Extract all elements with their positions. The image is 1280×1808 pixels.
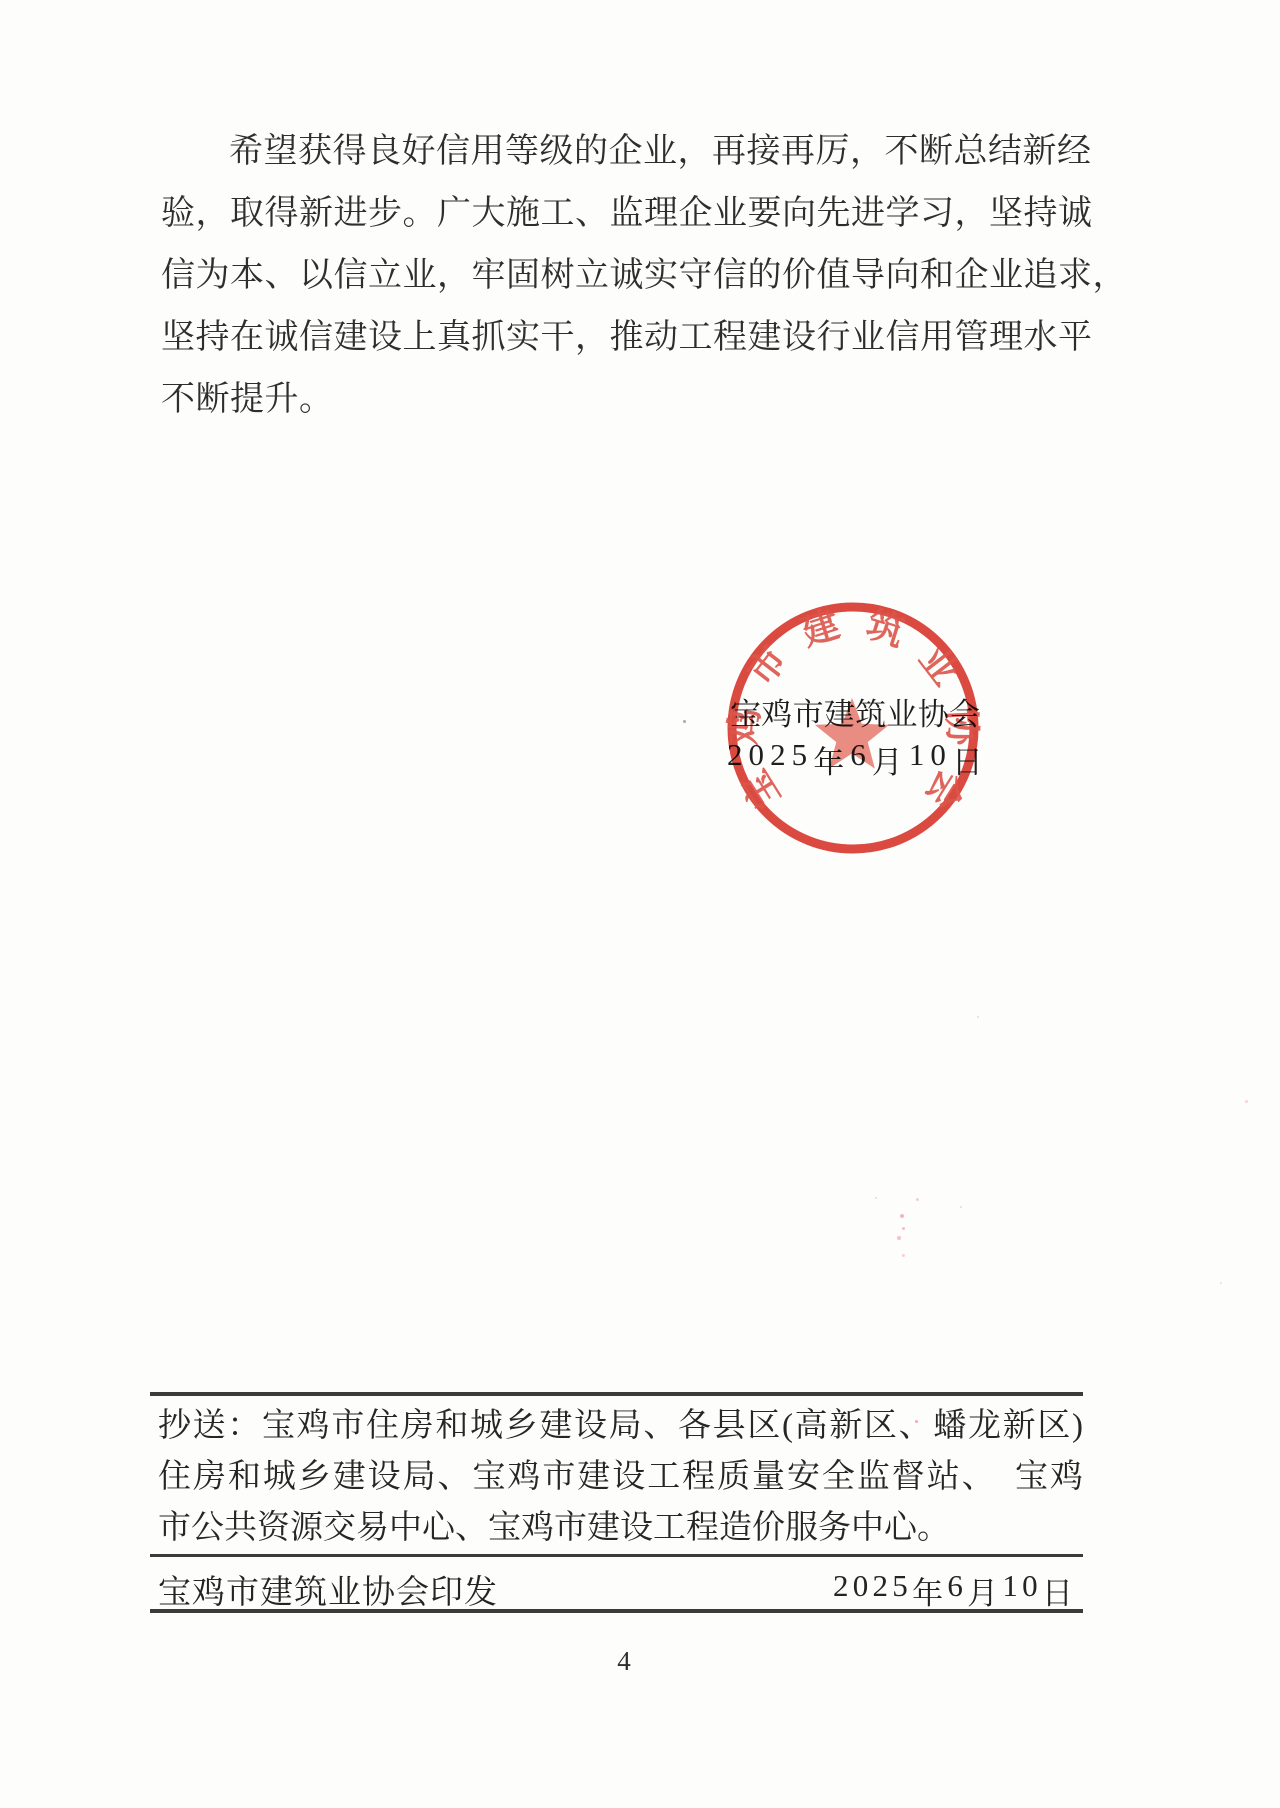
- ink-speck: [683, 720, 686, 723]
- char: 0: [853, 1568, 869, 1613]
- char: 月: [967, 1568, 998, 1613]
- footer-date: 2025年6月10日: [833, 1568, 1073, 1613]
- char: 6: [947, 1568, 963, 1613]
- seal-star-icon: [815, 698, 889, 769]
- divider-top: [150, 1392, 1083, 1396]
- ink-speck: [902, 1254, 905, 1257]
- page-number: 4: [600, 1646, 648, 1677]
- ink-speck: [915, 1420, 918, 1423]
- body-paragraph: 希望获得良好信用等级的企业，再接再厉，不断总结新经验，取得新进步。广大施工、监理…: [161, 121, 1073, 431]
- body-line: 不断提升。: [161, 369, 1073, 431]
- ink-speck: [897, 1236, 901, 1240]
- body-line: 坚持在诚信建设上真抓实干，推动工程建设行业信用管理水平: [161, 307, 1073, 369]
- ink-speck: [875, 1197, 877, 1199]
- ink-speck: [960, 1206, 962, 1208]
- ink-speck: [1245, 1100, 1248, 1103]
- ink-speck: [977, 1016, 979, 1018]
- body-line: 验，取得新进步。广大施工、监理企业要向先进学习，坚持诚: [161, 183, 1073, 245]
- body-line: 信为本、以信立业，牢固树立诚实守信的价值导向和企业追求，: [161, 245, 1073, 307]
- divider-middle: [150, 1554, 1083, 1557]
- char: 1: [1002, 1568, 1018, 1613]
- cc-line: 住房和城乡建设局、宝鸡市建设工程质量安全监督站、 宝鸡: [158, 1452, 1083, 1503]
- char: 年: [912, 1568, 943, 1613]
- ink-speck: [900, 1214, 904, 1218]
- char: 日: [1042, 1568, 1073, 1613]
- ink-speck: [916, 1198, 919, 1201]
- seal-char: 市: [740, 638, 796, 693]
- char: 2: [833, 1568, 849, 1613]
- ink-speck: [1220, 1282, 1222, 1284]
- seal-char: 协: [939, 707, 983, 748]
- seal-char: 业: [910, 639, 965, 693]
- cc-line: 抄送：宝鸡市住房和城乡建设局、各县区(高新区、蟠龙新区): [158, 1401, 1083, 1452]
- cc-block: 抄送：宝鸡市住房和城乡建设局、各县区(高新区、蟠龙新区)住房和城乡建设局、宝鸡市…: [158, 1401, 1083, 1554]
- char: 0: [1022, 1568, 1038, 1613]
- seal-char: 鸡: [723, 707, 767, 746]
- body-line: 希望获得良好信用等级的企业，再接再厉，不断总结新经: [161, 121, 1073, 183]
- char: 2: [873, 1568, 889, 1613]
- document-page: 希望获得良好信用等级的企业，再接再厉，不断总结新经验，取得新进步。广大施工、监理…: [0, 0, 1280, 1808]
- char: 5: [892, 1568, 908, 1613]
- footer-issuer: 宝鸡市建筑业协会印发: [158, 1566, 498, 1613]
- cc-line: 市公共资源交易中心、宝鸡市建设工程造价服务中心。: [158, 1503, 1083, 1554]
- official-seal-stamp: 宝鸡市建筑业协会: [717, 592, 989, 864]
- seal-graphic: 宝鸡市建筑业协会: [717, 592, 989, 864]
- ink-speck: [902, 1227, 905, 1230]
